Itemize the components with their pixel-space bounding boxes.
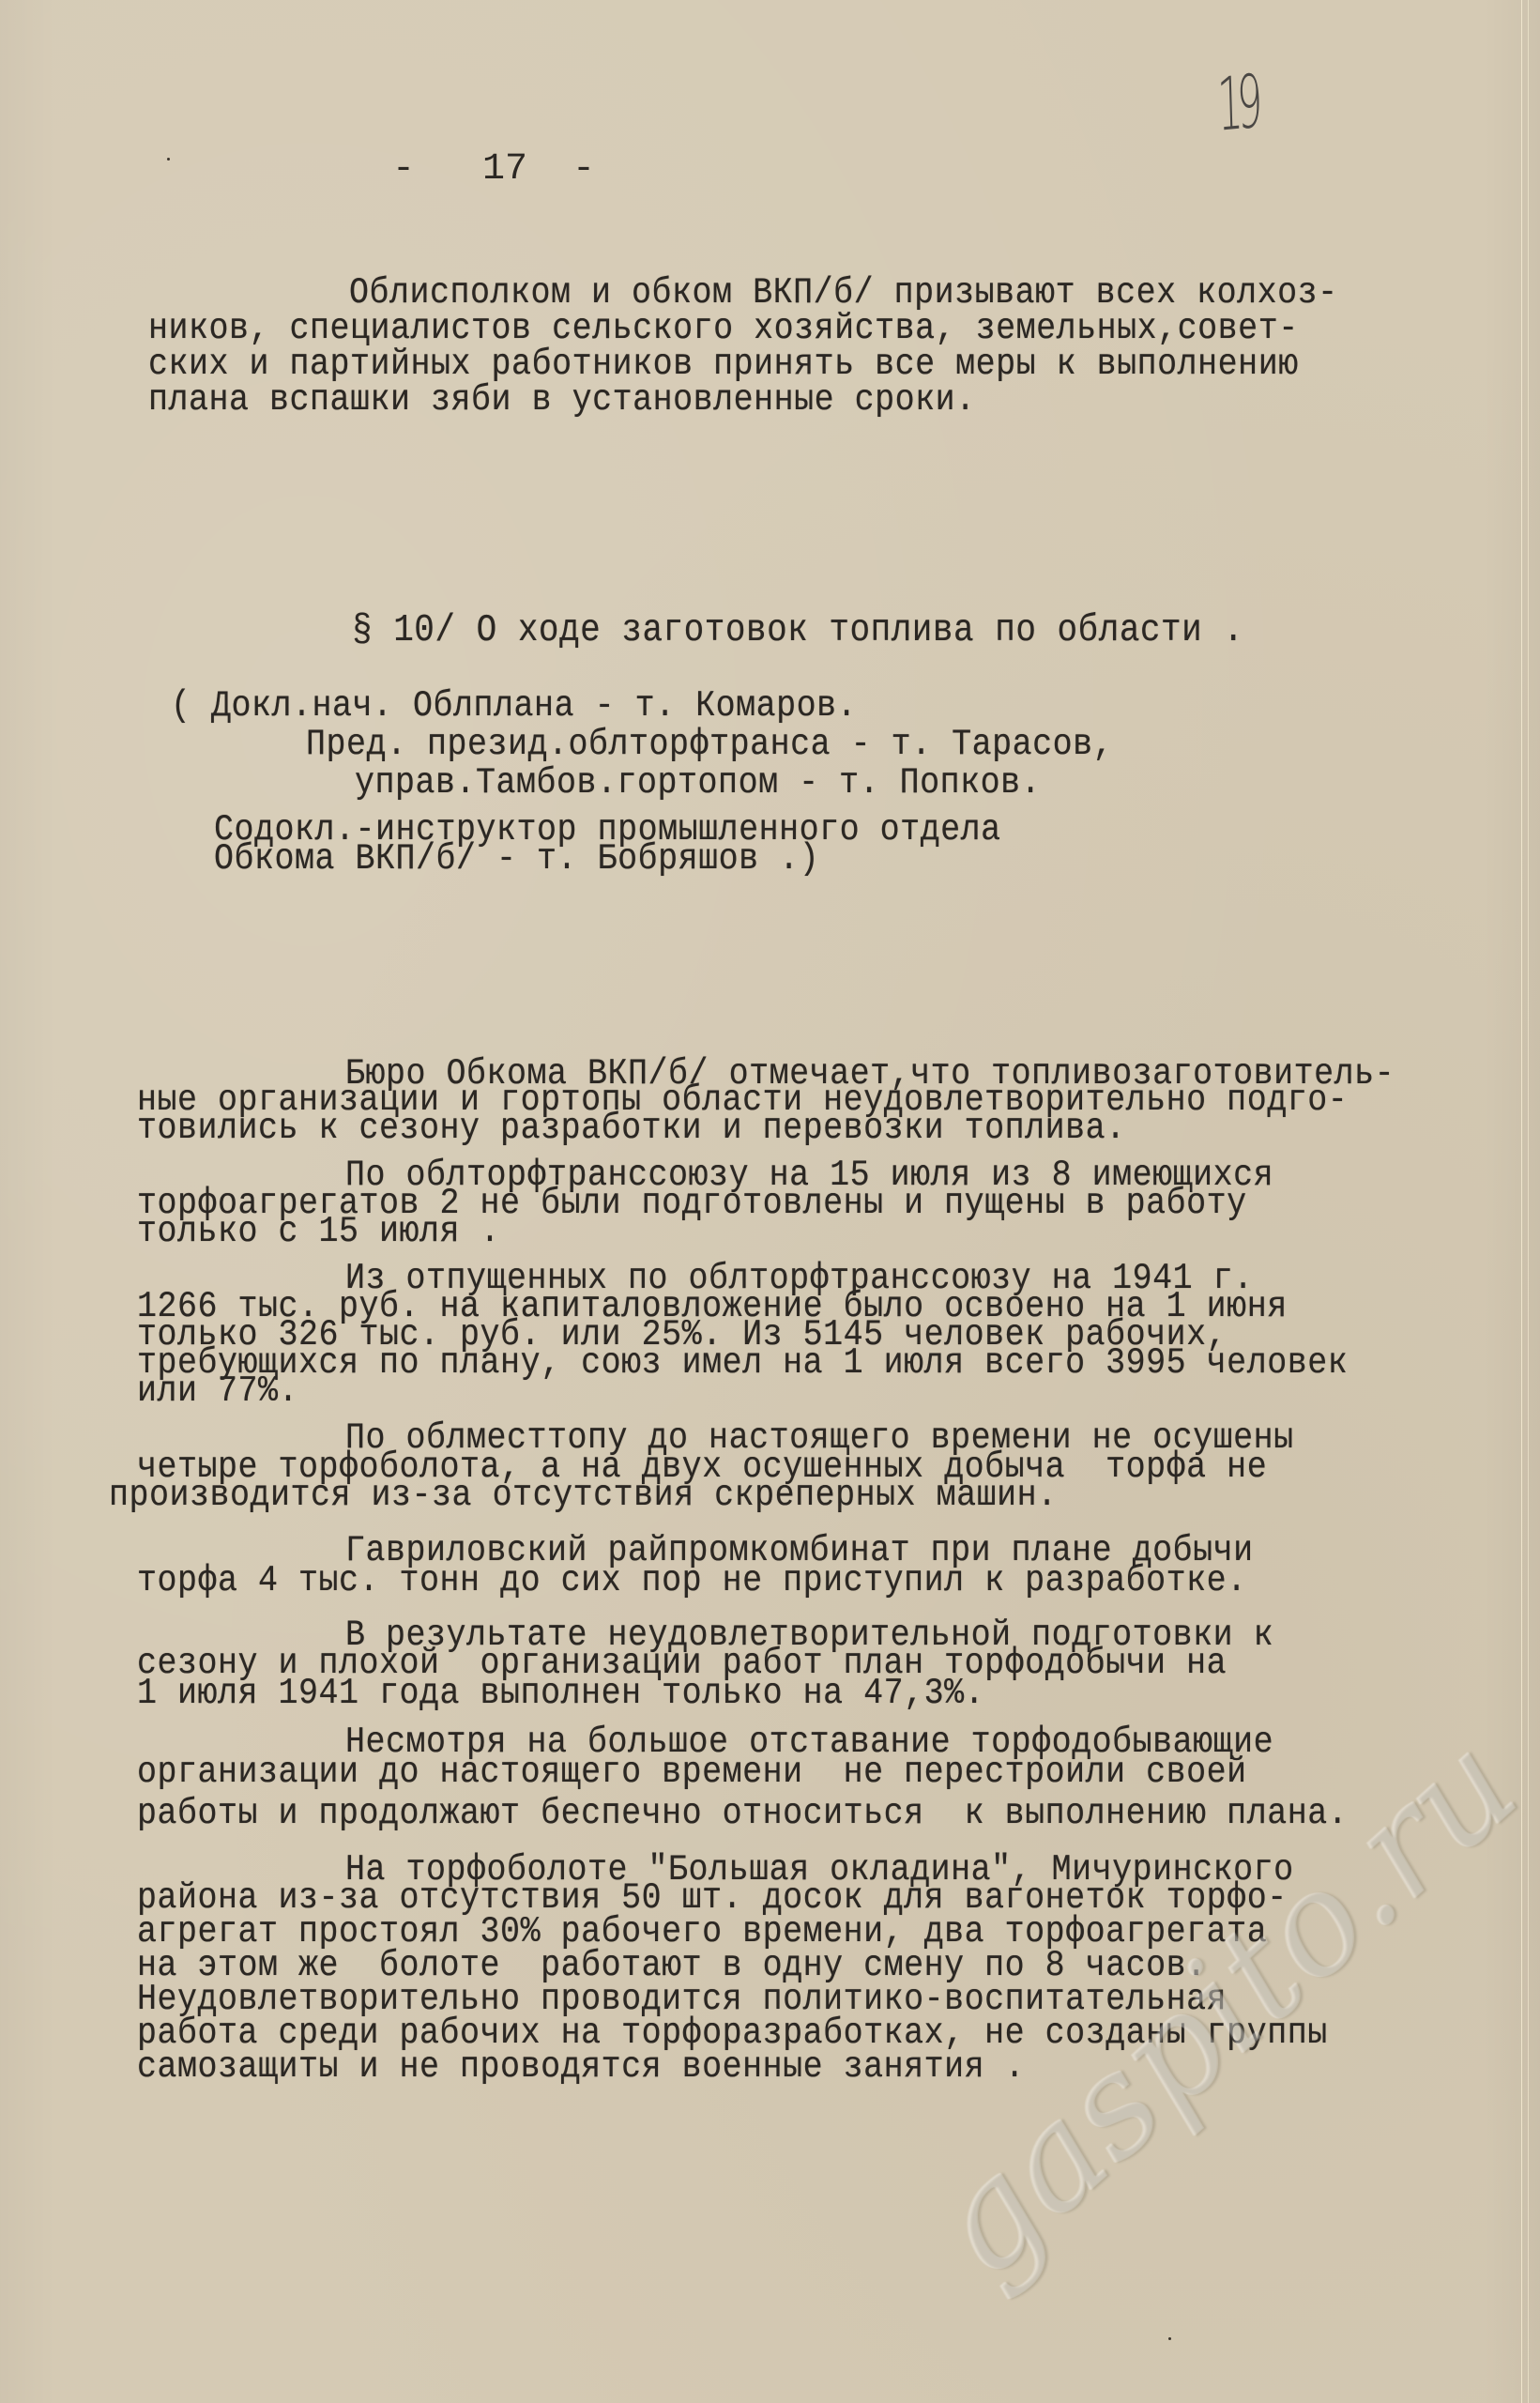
speaker-line: Обкома ВКП/б/ - т. Бобряшов .) [214, 840, 819, 878]
paper-speck [1168, 2337, 1171, 2340]
handwritten-folio-number: 19 [1216, 60, 1258, 148]
paragraph-1-line: Облисполком и обком ВКП/б/ призывают все… [349, 274, 1338, 312]
body-line: производится из-за отсутствия скреперных… [109, 1477, 1058, 1514]
body-line: или 77%. [137, 1372, 298, 1410]
paragraph-1-line: ских и партийных работников принять все … [148, 345, 1299, 383]
section-heading: § 10/ О ходе заготовок топлива по област… [352, 612, 1243, 650]
speaker-line: ( Докл.нач. Облплана - т. Комаров. [171, 687, 857, 725]
paragraph-1-line: плана вспашки зяби в установленные сроки… [148, 381, 976, 419]
body-line: работы и продолжают беспечно относиться … [137, 1795, 1348, 1832]
paper-speck [167, 158, 170, 161]
speaker-line: Пред. презид.облторфтранса - т. Тарасов, [306, 726, 1113, 763]
body-line: организации до настоящего времени не пер… [137, 1753, 1247, 1791]
body-line: 1 июля 1941 года выполнен только на 47,3… [137, 1675, 984, 1712]
page-edge [1521, 0, 1529, 2403]
paragraph-1-line: ников, специалистов сельского хозяйства,… [148, 310, 1299, 347]
page-number: - 17 - [392, 148, 595, 191]
speaker-line: управ.Тамбов.гортопом - т. Попков. [355, 764, 1041, 802]
body-line: только с 15 июля . [137, 1213, 500, 1250]
body-line: требующихся по плану, союз имел на 1 июл… [137, 1344, 1348, 1382]
body-line: самозащиты и не проводятся военные занят… [137, 2048, 1025, 2086]
document-page: - 17 - 19 Облисполком и обком ВКП/б/ при… [0, 0, 1540, 2403]
body-line: товились к сезону разработки и перевозки… [137, 1110, 1126, 1147]
body-line: торфа 4 тыс. тонн до сих пор не приступи… [137, 1562, 1247, 1599]
